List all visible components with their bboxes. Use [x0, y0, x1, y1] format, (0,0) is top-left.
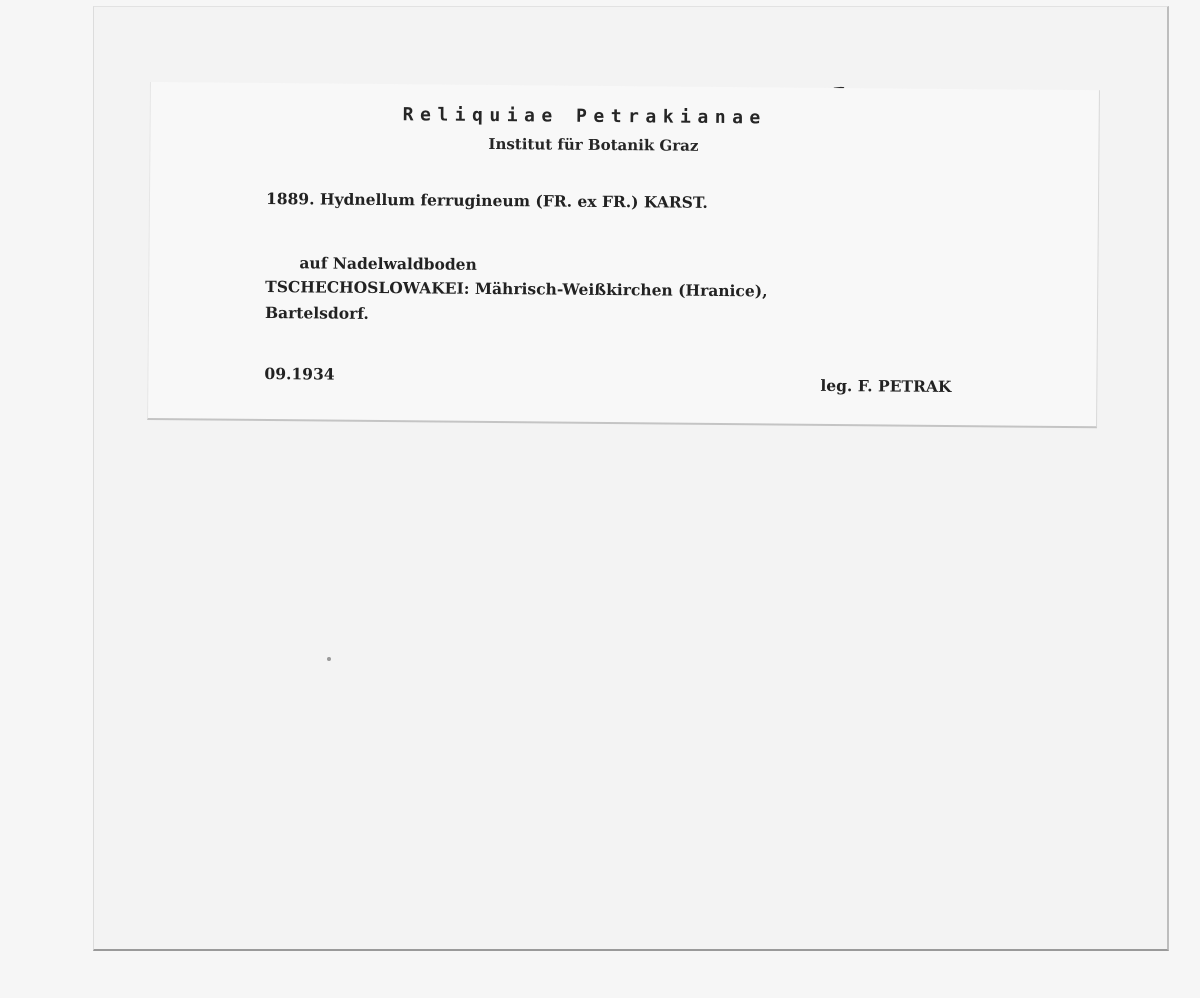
collection-date: 09.1934 [264, 364, 334, 384]
collector: leg. F. PETRAK [820, 376, 951, 396]
series-title: Reliquiae Petrakianae [403, 104, 767, 128]
paper-speck [327, 657, 331, 661]
locality-line-2: Bartelsdorf. [265, 303, 369, 323]
substrate: auf Nadelwaldboden [299, 253, 477, 274]
species-name: 1889. Hydnellum ferrugineum (FR. ex FR.)… [266, 189, 708, 212]
locality-line-1: TSCHECHOSLOWAKEI: Mährisch-Weißkirchen (… [265, 277, 767, 300]
specimen-label: Reliquiae Petrakianae Institut für Botan… [147, 82, 1100, 428]
institute-name: Institut für Botanik Graz [488, 135, 698, 155]
